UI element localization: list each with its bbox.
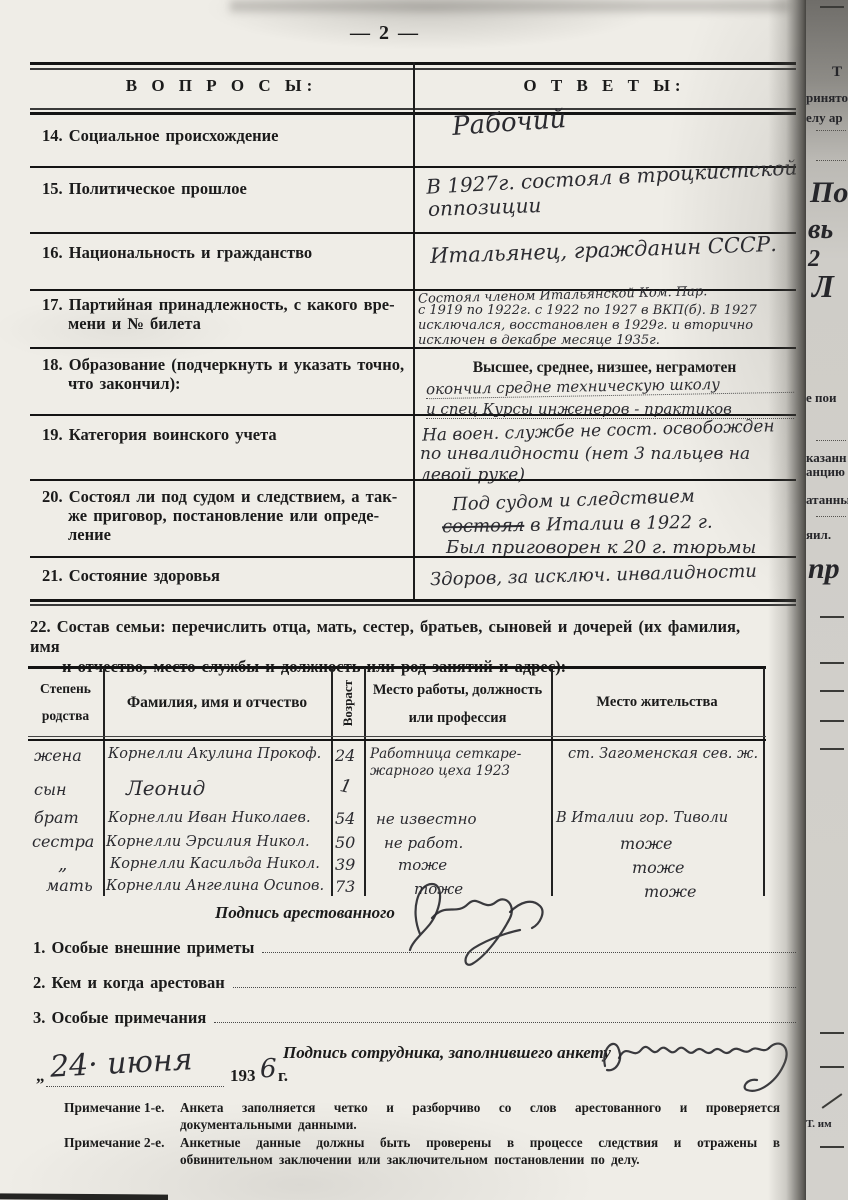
header-kinship: Степень родства: [28, 680, 103, 724]
cell-age: 24: [335, 746, 355, 765]
question-14: 14. Социальное происхождение: [42, 126, 402, 146]
header-kinship-line1: Степень: [28, 680, 103, 697]
question-17-line1: 17. Партийная принадлежность, с какого в…: [42, 295, 428, 315]
cell-age: 1: [338, 775, 354, 798]
cell-residence: ст. Загоменская сев. ж.: [568, 746, 758, 762]
fragment-text: атанны: [806, 492, 848, 508]
question-20-line1: 20. Состоял ли под судом и следствием, а…: [42, 487, 428, 507]
page-number: — 2 —: [330, 22, 440, 45]
cell-age: 54: [335, 809, 355, 828]
question-19: 19. Категория воинского учета: [42, 425, 402, 445]
questions-header: В О П Р О С Ы:: [30, 76, 413, 96]
answer-20-line3: Был приговорен к 20 г. тюрьмы: [446, 537, 756, 558]
row-separator: [30, 414, 796, 416]
fragment-text: ринято: [806, 90, 848, 106]
fragment-handwriting: Л: [812, 268, 834, 305]
fragment-text: Т. им: [806, 1118, 832, 1130]
answer-17-line2: с 1919 по 1922г. с 1922 по 1927 в ВКП(б)…: [418, 303, 757, 318]
header-name: Фамилия, имя и отчество: [103, 694, 331, 711]
cell-name: Леонид: [126, 776, 205, 800]
note-2-label: Примечание 2-е.: [64, 1135, 176, 1151]
cell-kinship: сестра: [32, 832, 94, 851]
table-bottom-rule-2: [30, 604, 796, 606]
cell-residence: тоже: [632, 858, 684, 877]
question-18-line2: что закончил):: [68, 374, 428, 394]
family-header-rule-2: [28, 739, 766, 741]
answer-20-line2: состоял в Италии в 1922 г.: [442, 512, 713, 538]
cell-age: 50: [335, 833, 355, 852]
cell-name: Корнелли Ангелина Осипов.: [106, 878, 324, 894]
fragment-line: [820, 616, 844, 618]
answer-16: Итальянец, гражданин СССР.: [430, 232, 778, 268]
header-work-line2: или профессия: [364, 710, 551, 727]
fragment-text: яил.: [806, 527, 831, 543]
cell-work-line1: не работ.: [384, 834, 463, 852]
cell-work-line1: не известно: [376, 810, 477, 828]
answer-15-line1: В 1927г. состоял в троцкистской: [426, 155, 798, 198]
item-1: 1. Особые внешние приметы: [33, 938, 796, 958]
answer-20-line1: Под судом и следствием: [452, 486, 695, 515]
fragment-line: [820, 6, 844, 8]
row-separator: [30, 232, 796, 234]
fragment-line: [820, 662, 844, 664]
fragment-text: елу ар: [806, 110, 843, 126]
answer-14: Рабочий: [451, 104, 567, 142]
cell-kinship: сын: [34, 780, 67, 799]
item-2-label: 2. Кем и когда арестован: [33, 973, 225, 993]
question-16: 16. Национальность и гражданство: [42, 243, 402, 263]
answer-19-line1: На воен. службе не сост. освобожден: [422, 416, 775, 445]
fragment-dotted-line: [816, 160, 846, 161]
fragment-line: [820, 748, 844, 750]
header-kinship-line2: родства: [28, 707, 103, 724]
header-age-text: Возраст: [340, 680, 356, 726]
officer-signature-label: Подпись сотрудника, заполнившего анкету: [283, 1043, 611, 1063]
cell-kinship: мать: [46, 876, 93, 895]
cell-kinship: жена: [34, 746, 82, 765]
fragment-dotted-line: [816, 440, 846, 441]
date-open-quote: „: [36, 1066, 45, 1086]
cell-work-line2: жарного цеха 1923: [370, 763, 510, 779]
answer-18-line1: окончил средне техническую школу: [426, 374, 794, 399]
cell-age: 39: [335, 855, 355, 874]
cell-name: Корнелли Касильда Никол.: [110, 856, 320, 872]
family-right-edge: [763, 668, 765, 896]
answer-19-line2: по инвалидности (нет 3 пальцев на: [420, 444, 750, 464]
fragment-handwriting: пр: [808, 552, 840, 586]
date-year-digit: 6: [260, 1054, 277, 1084]
question-20-line2: же приговор, постановление или опреде-: [68, 506, 428, 526]
item-1-label: 1. Особые внешние приметы: [33, 938, 254, 958]
date-blank-line: [46, 1070, 224, 1087]
item-1-blank-line: [262, 938, 796, 953]
date-year-printed: 193: [230, 1066, 256, 1086]
qa-table: В О П Р О С Ы: О Т В Е Т Ы: 14. Социальн…: [30, 62, 796, 607]
fragment-line: [820, 1066, 844, 1068]
cell-name: Корнелли Акулина Прокоф.: [108, 746, 321, 762]
item-2-blank-line: [233, 973, 796, 988]
header-work-line1: Место работы, должность: [364, 682, 551, 699]
cell-residence: В Италии гор. Тиволи: [556, 810, 728, 826]
header-residence: Место жительства: [551, 694, 763, 711]
scan-smudge: [230, 0, 790, 12]
answer-20-struck-word: состоял: [442, 515, 525, 537]
answer-15-line2: оппозиции: [428, 193, 542, 221]
item-2: 2. Кем и когда арестован: [33, 973, 796, 993]
scan-edge-mark: [0, 1193, 168, 1200]
question-18-line1: 18. Образование (подчеркнуть и указать т…: [42, 355, 428, 375]
answer-17-line4: исключен в декабре месяце 1935г.: [418, 333, 660, 348]
note-2-text: Анкетные данные должны быть проверены в …: [180, 1135, 780, 1168]
fragment-line: [820, 720, 844, 722]
row-separator: [30, 556, 796, 558]
answer-20-line2-rest: в Италии в 1922 г.: [530, 512, 713, 536]
question-15: 15. Политическое прошлое: [42, 179, 402, 199]
answer-17-line3: исключался, восстановлен в 1929г. и втор…: [418, 318, 753, 333]
row-separator: [30, 479, 796, 481]
fragment-line: [822, 1093, 843, 1108]
cell-work-line1: Работница сеткаре-: [370, 746, 521, 762]
answer-19-line3: левой руке): [420, 465, 525, 485]
fragment-line: [820, 1146, 844, 1148]
family-header-rule: [28, 736, 766, 737]
cell-residence: тоже: [620, 834, 672, 853]
fragment-line: [820, 690, 844, 692]
arrestee-signature-label: Подпись арестованного: [215, 903, 395, 923]
fragment-handwriting: вь: [808, 214, 833, 246]
answer-21: Здоров, за исключ. инвалидности: [430, 561, 757, 591]
question-20-line3: ление: [68, 525, 428, 545]
note-1-text: Анкета заполняется четко и разборчиво со…: [180, 1100, 780, 1133]
cell-kinship: брат: [34, 808, 79, 827]
cell-residence: тоже: [644, 882, 696, 901]
fragment-line: [820, 1032, 844, 1034]
page-fold-shadow: [768, 0, 808, 1200]
cell-name: Корнелли Иван Николаев.: [108, 810, 311, 826]
family-table: Степень родства Фамилия, имя и отчество …: [28, 666, 766, 898]
family-top-rule: [28, 666, 766, 669]
adjacent-page-strip: Т ринято елу ар По вь 2 Л е пои казанн а…: [806, 0, 848, 1200]
cell-kinship: „: [58, 854, 67, 875]
item-22-line1: 22. Состав семьи: перечислить отца, мать…: [30, 617, 775, 657]
cell-age: 73: [335, 877, 355, 896]
header-work: Место работы, должность или профессия: [364, 682, 551, 727]
row-separator: [30, 347, 796, 349]
fragment-text: анцию: [806, 464, 845, 480]
fragment-text: Т: [832, 64, 842, 81]
fragment-handwriting: По: [810, 176, 848, 210]
note-1-label: Примечание 1-е.: [64, 1100, 176, 1116]
question-21: 21. Состояние здоровья: [42, 566, 402, 586]
questionnaire-page: — 2 — В О П Р О С Ы: О Т В Е Т Ы: 14. Со…: [0, 0, 848, 1200]
cell-name: Корнелли Эрсилия Никол.: [106, 834, 310, 850]
date-year-suffix: г.: [278, 1066, 288, 1086]
item-3-label: 3. Особые примечания: [33, 1008, 206, 1028]
fragment-dotted-line: [816, 130, 846, 131]
question-17-line2: мени и № билета: [68, 314, 428, 334]
table-bottom-rule: [30, 599, 796, 602]
answers-header: О Т В Е Т Ы:: [413, 76, 796, 96]
header-age: Возраст: [331, 668, 364, 738]
fragment-text: е пои: [806, 390, 837, 406]
fragment-dotted-line: [816, 516, 846, 517]
